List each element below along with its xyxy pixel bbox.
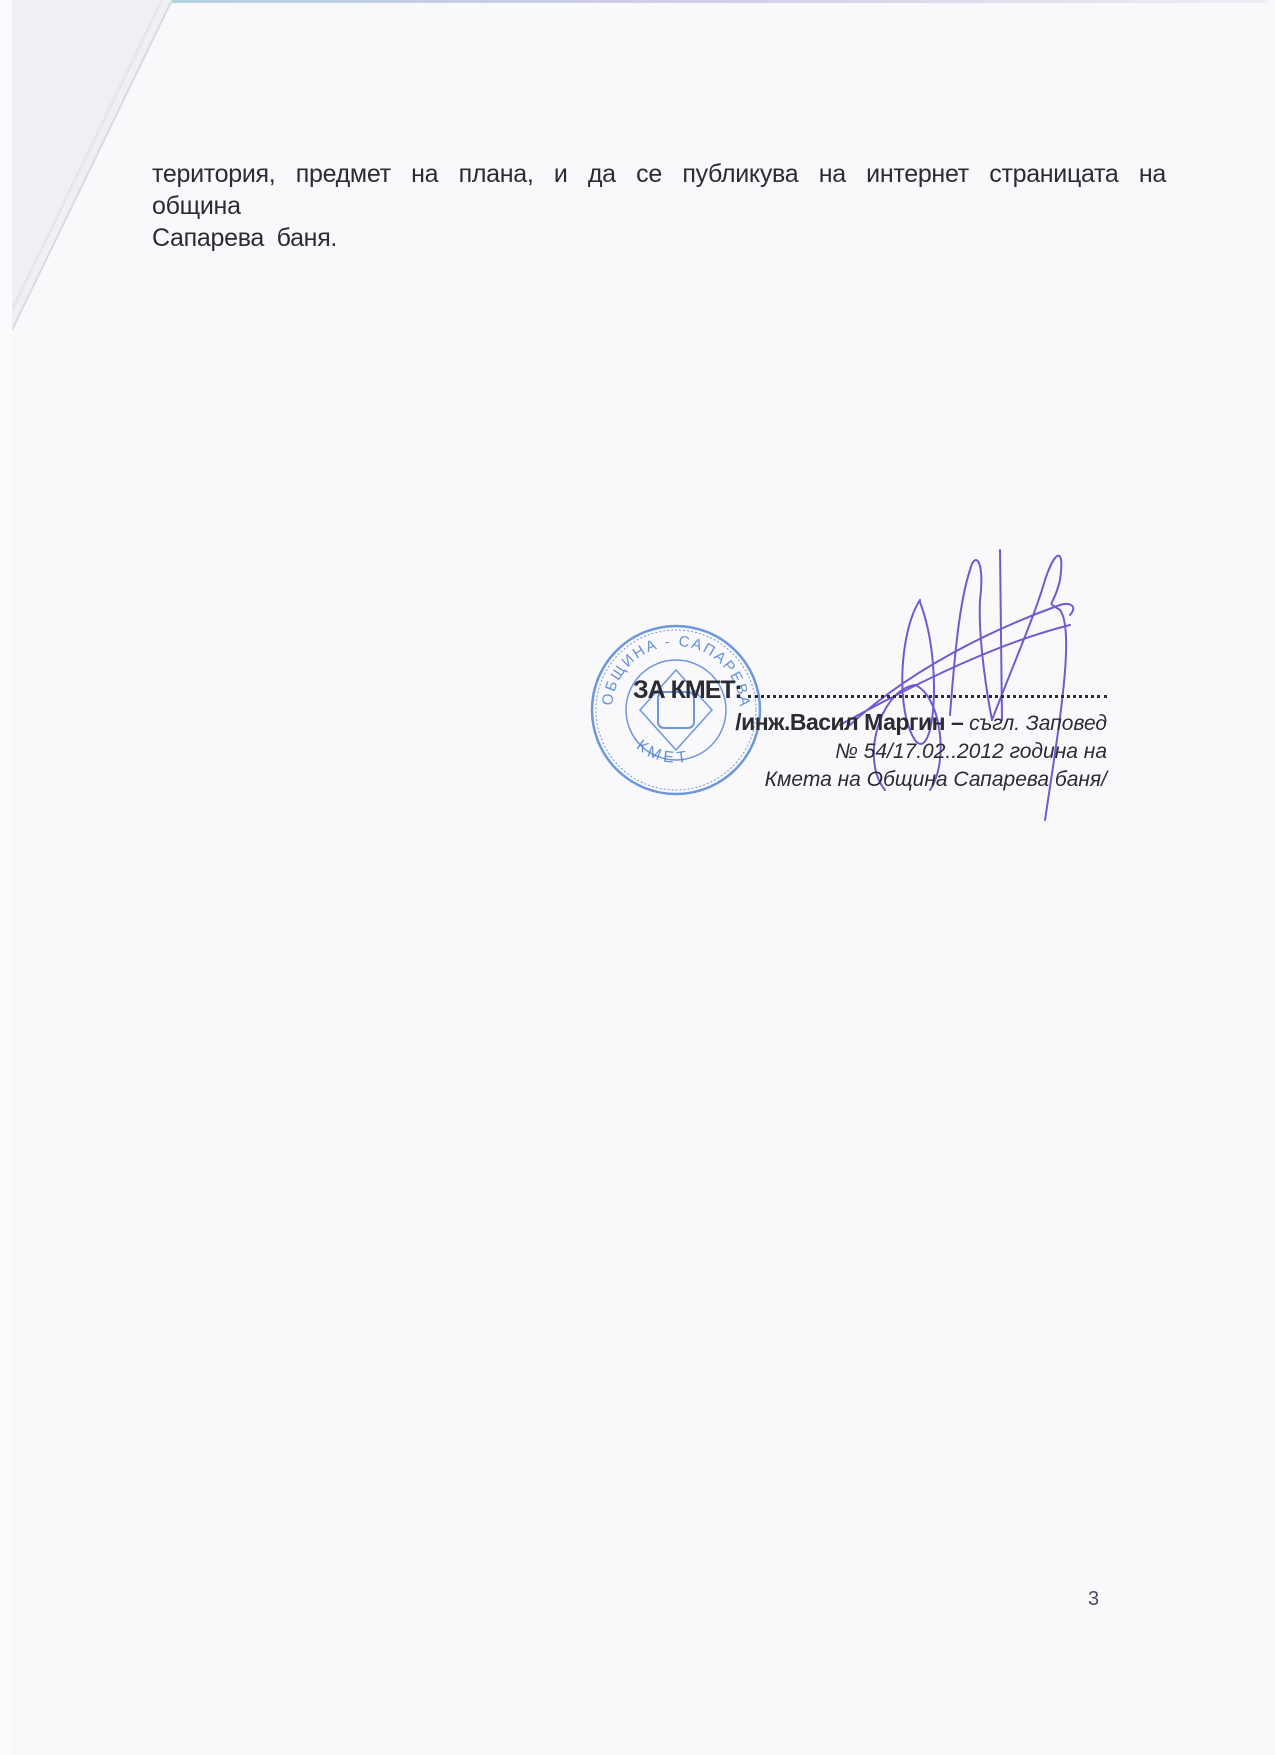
for-mayor-label: ЗА КМЕТ: xyxy=(633,676,1107,705)
signatory-name: /инж.Васил Маргин xyxy=(735,709,945,735)
page-number: 3 xyxy=(1088,1588,1099,1611)
paragraph-line-2: Сапарева баня. xyxy=(152,224,337,252)
basis-line-2: № 54/17.02..2012 година на xyxy=(735,738,1107,766)
signatory-name-line: /инж.Васил Маргин – съгл. Заповед xyxy=(735,708,1107,738)
basis-line-1: съгл. Заповед xyxy=(969,712,1107,735)
dash: – xyxy=(945,709,969,735)
for-mayor-title: ЗА КМЕТ: xyxy=(633,676,742,705)
signature-dotted-line xyxy=(748,679,1107,698)
scan-border xyxy=(0,0,12,1755)
basis-line-3: Кмета на Община Сапарева баня/ xyxy=(735,766,1107,794)
body-paragraph: територия, предмет на плана, и да се пуб… xyxy=(152,158,1166,254)
paragraph-line-1: територия, предмет на плана, и да се пуб… xyxy=(152,158,1166,222)
signatory-block: /инж.Васил Маргин – съгл. Заповед № 54/1… xyxy=(735,708,1107,794)
scan-top-edge xyxy=(168,0,1268,3)
